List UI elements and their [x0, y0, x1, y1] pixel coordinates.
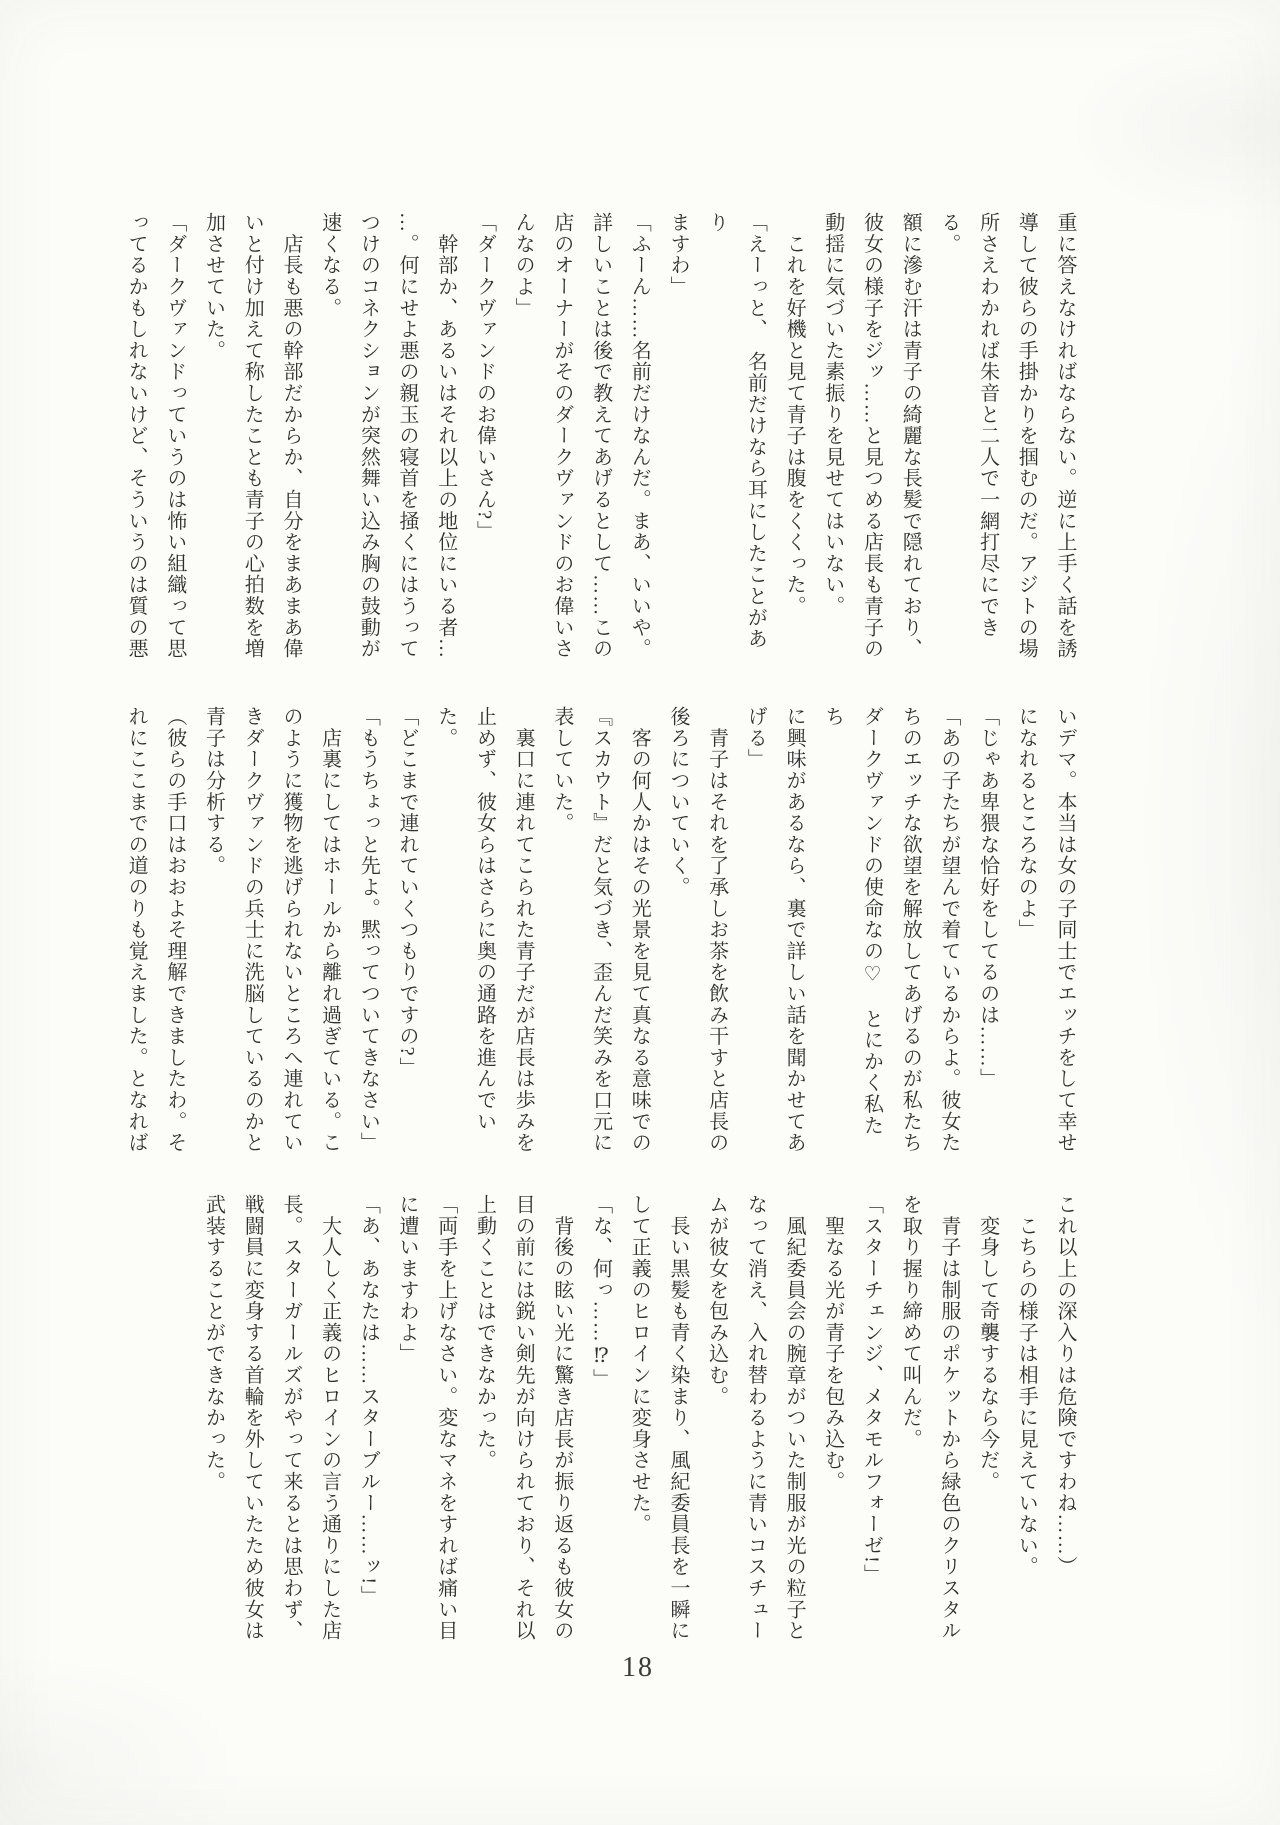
- text-column: 聖なる光が青子を包み込む。: [813, 1194, 852, 1642]
- text-column: 「スターチェンジ、メタモルフォーゼ!」: [852, 1194, 891, 1642]
- text-column: 武装することができなかった。: [194, 1194, 233, 1642]
- text-column: のように獲物を逃げられないところへ連れてい: [271, 706, 310, 1154]
- text-column: 「えーっと、 名前だけなら耳にしたことがあり: [697, 212, 774, 660]
- text-column: ダークヴァンドの使命なの♡ とにかく私たち: [813, 706, 890, 1154]
- text-column: 「な、何っ……⁉」: [581, 1194, 620, 1642]
- text-column: 動揺に気づいた素振りを見せてはいない。: [813, 212, 852, 660]
- text-block-3: これ以上の深入りは危険ですわね……） こちらの様子は相手に見えていない。 変身し…: [194, 1194, 1084, 1642]
- text-column: 幹部か、あるいはそれ以上の地位にいる者…: [426, 212, 465, 660]
- text-column: …。何にせよ悪の親玉の寝首を掻くにはうって: [387, 212, 426, 660]
- text-column: れにここまでの道のりも覚えました。となれば: [116, 706, 155, 1154]
- text-column: 彼女の様子をジッ……と見つめる店長も青子の: [852, 212, 891, 660]
- text-column: に遭いますわよ」: [387, 1194, 426, 1642]
- text-column: になれるところなのよ」: [1007, 706, 1046, 1154]
- text-column: こちらの様子は相手に見えていない。: [1007, 1194, 1046, 1642]
- text-column: 「あ、あなたは……スターブルー……ッ!」: [349, 1194, 388, 1642]
- text-column: いと付け加えて称したことも青子の心拍数を増: [233, 212, 272, 660]
- text-column: 大人しく正義のヒロインの言う通りにした店: [310, 1194, 349, 1642]
- text-column: 重に答えなければならない。逆に上手く話を誘: [1045, 212, 1084, 660]
- text-column: 「両手を上げなさい。変なマネをすれば痛い目: [426, 1194, 465, 1642]
- text-column: 速くなる。: [310, 212, 349, 660]
- text-column: を取り握り締めて叫んだ。: [890, 1194, 929, 1642]
- text-column: ますわ」: [658, 212, 697, 660]
- text-column: 青子はそれを了承しお茶を飲み干すと店長の: [697, 706, 736, 1154]
- text-column: 「じゃあ卑猥な恰好をしてるのは……」: [968, 706, 1007, 1154]
- text-column: 変身して奇襲するなら今だ。: [968, 1194, 1007, 1642]
- text-column: 「あの子たちが望んで着ているからよ。彼女た: [929, 706, 968, 1154]
- text-column: いデマ。本当は女の子同士でエッチをして幸せ: [1045, 706, 1084, 1154]
- text-column: 「ダークヴァンドっていうのは怖い組織って思: [155, 212, 194, 660]
- text-column: 詳しいことは後で教えてあげるとして……この: [581, 212, 620, 660]
- text-column: 加させていた。: [194, 212, 233, 660]
- text-column: んなのよ」: [503, 212, 542, 660]
- text-column: きダークヴァンドの兵士に洗脳しているのかと: [233, 706, 272, 1154]
- page-number: 18: [622, 1652, 654, 1684]
- text-column: 止めず、彼女らはさらに奥の通路を進んでいた。: [426, 706, 503, 1154]
- text-column: （彼らの手口はおおよそ理解できましたわ。そ: [155, 706, 194, 1154]
- document-page: 重に答えなければならない。逆に上手く話を誘導して彼らの手掛かりを掴むのだ。アジト…: [0, 0, 1280, 1825]
- text-column: 導して彼らの手掛かりを掴むのだ。アジトの場: [1007, 212, 1046, 660]
- text-column: 所さえわかれば朱音と二人で一網打尽にできる。: [929, 212, 1006, 660]
- text-column: して正義のヒロインに変身させた。: [620, 1194, 659, 1642]
- text-column: なって消え、入れ替わるように青いコスチュー: [736, 1194, 775, 1642]
- text-column: 店裏にしてはホールから離れ過ぎている。こ: [310, 706, 349, 1154]
- text-column: ちのエッチな欲望を解放してあげるのが私たち: [890, 706, 929, 1154]
- text-column: 「ダークヴァンドのお偉いさん?」: [465, 212, 504, 660]
- text-column: 「もうちょっと先よ。黙ってついてきなさい」: [349, 706, 388, 1154]
- text-block-2: いデマ。本当は女の子同士でエッチをして幸せになれるところなのよ」「じゃあ卑猥な恰…: [116, 706, 1084, 1154]
- text-column: 「どこまで連れていくつもりですの?」: [387, 706, 426, 1154]
- text-column: ってるかもしれないけど、そういうのは質の悪: [116, 212, 155, 660]
- text-column: 青子は制服のポケットから緑色のクリスタル: [929, 1194, 968, 1642]
- text-column: 背後の眩い光に驚き店長が振り返るも彼女の: [542, 1194, 581, 1642]
- text-column: 目の前には鋭い剣先が向けられており、それ以: [503, 1194, 542, 1642]
- text-column: 裏口に連れてこられた青子だが店長は歩みを: [503, 706, 542, 1154]
- text-column: に興味があるなら、裏で詳しい話を聞かせてあ: [774, 706, 813, 1154]
- text-column: これを好機と見て青子は腹をくくった。: [774, 212, 813, 660]
- text-column: 長い黒髪も青く染まり、風紀委員長を一瞬に: [658, 1194, 697, 1642]
- text-column: 店のオーナーがそのダークヴァンドのお偉いさ: [542, 212, 581, 660]
- text-column: 「ふーん……名前だけなんだ。まあ、いいや。: [620, 212, 659, 660]
- text-column: つけのコネクションが突然舞い込み胸の鼓動が: [349, 212, 388, 660]
- text-column: 額に滲む汗は青子の綺麗な長髪で隠れており、: [890, 212, 929, 660]
- text-column: 後ろについていく。: [658, 706, 697, 1154]
- text-column: ムが彼女を包み込む。: [697, 1194, 736, 1642]
- text-column: これ以上の深入りは危険ですわね……）: [1045, 1194, 1084, 1642]
- text-column: 戦闘員に変身する首輪を外していたため彼女は: [233, 1194, 272, 1642]
- text-column: 上動くことはできなかった。: [465, 1194, 504, 1642]
- text-column: 『スカウト』だと気づき、歪んだ笑みを口元に: [581, 706, 620, 1154]
- text-column: 長。スターガールズがやって来るとは思わず、: [271, 1194, 310, 1642]
- text-column: 青子は分析する。: [194, 706, 233, 1154]
- text-column: 表していた。: [542, 706, 581, 1154]
- text-column: 客の何人かはその光景を見て真なる意味での: [620, 706, 659, 1154]
- text-block-1: 重に答えなければならない。逆に上手く話を誘導して彼らの手掛かりを掴むのだ。アジト…: [116, 212, 1084, 660]
- text-column: 風紀委員会の腕章がついた制服が光の粒子と: [774, 1194, 813, 1642]
- text-column: げる」: [736, 706, 775, 1154]
- text-column: 店長も悪の幹部だからか、自分をまあまあ偉: [271, 212, 310, 660]
